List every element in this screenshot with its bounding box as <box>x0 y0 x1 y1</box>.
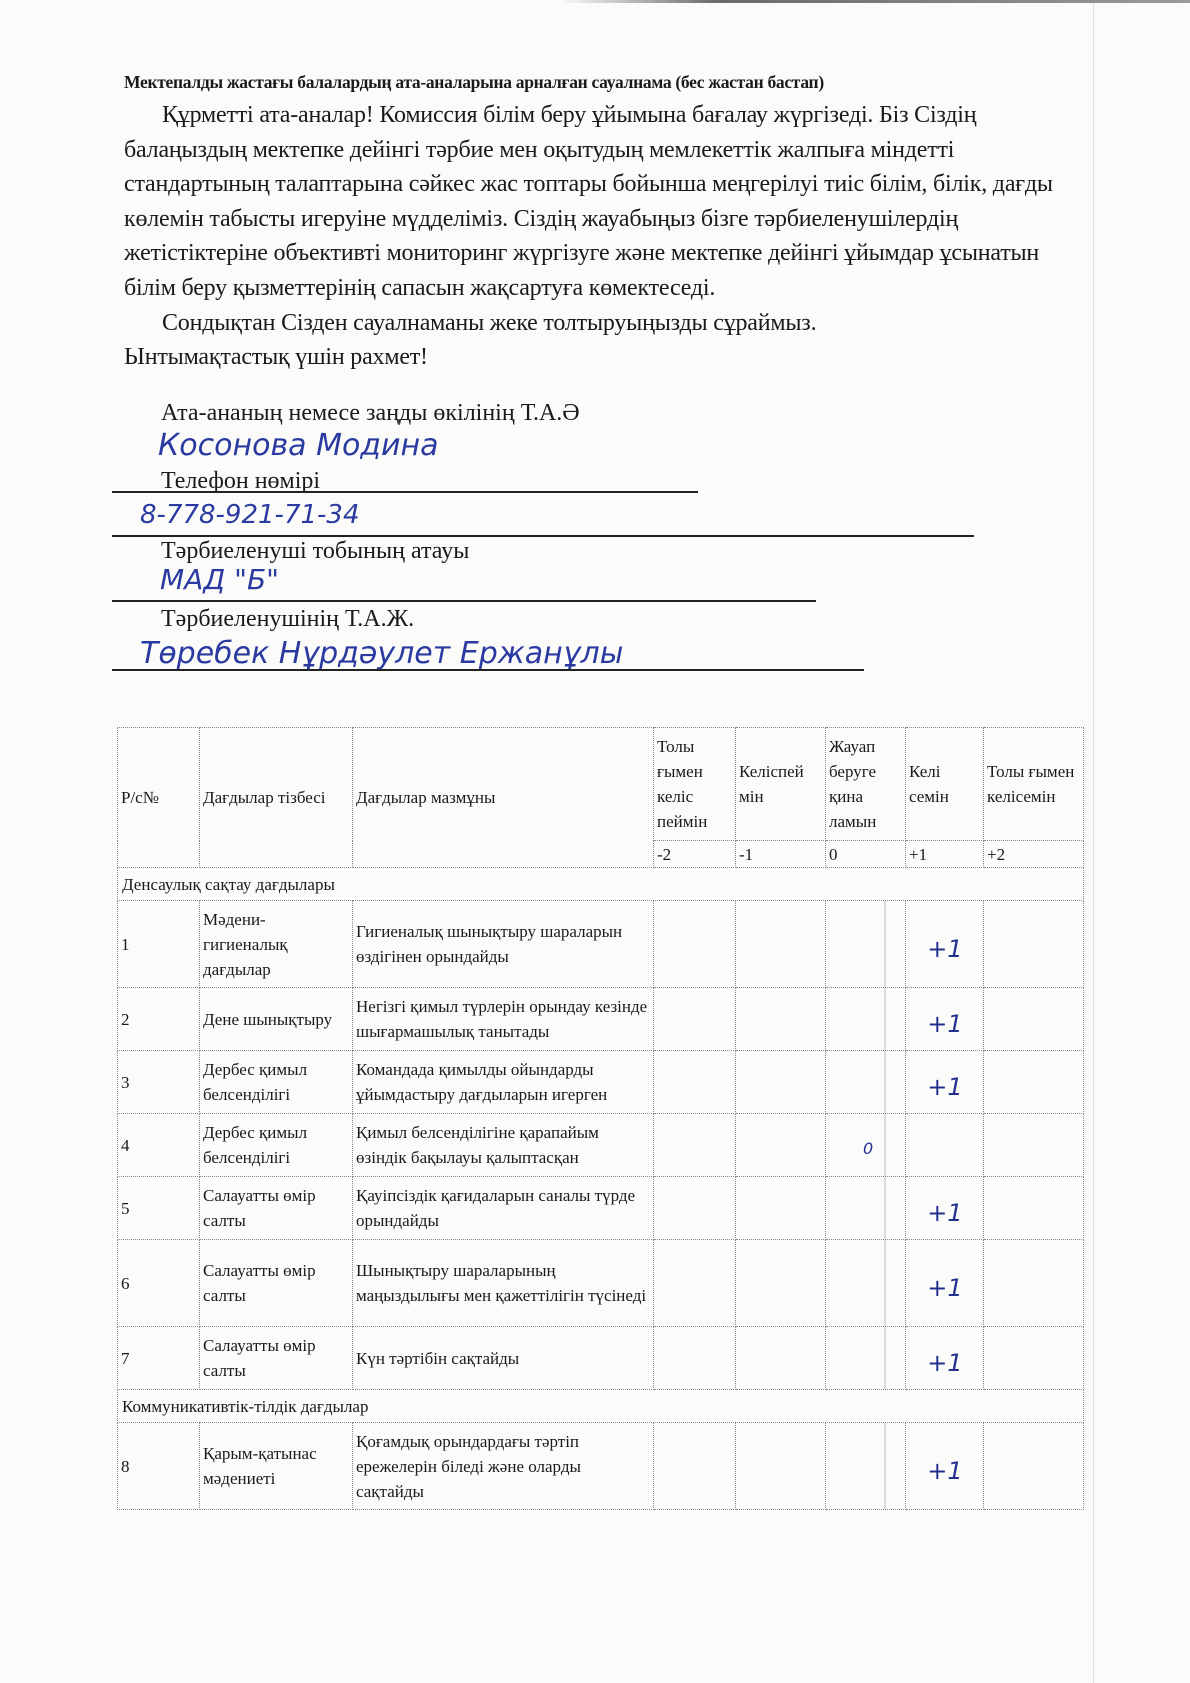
page-fold-line <box>1093 0 1094 1683</box>
skill-name: Мәдени-гигиеналық дағдылар <box>200 901 353 988</box>
intro-text: Құрметті ата-аналар! Комиссия білім беру… <box>124 98 1084 375</box>
header-num: Р/с№ <box>118 728 200 868</box>
rating-cell-plus2[interactable] <box>984 901 1084 988</box>
rating-cell-0[interactable] <box>826 988 906 1051</box>
rating-cell-0[interactable] <box>826 1177 906 1240</box>
parent-name-label: Ата-ананың немесе заңды өкілінің Т.А.Ә <box>161 400 580 427</box>
skill-name: Дербес қимыл белсенділігі <box>200 1114 353 1177</box>
rating-cell-plus1[interactable]: +1 <box>906 988 984 1051</box>
rating-cell-plus1[interactable]: +1 <box>906 1051 984 1114</box>
document-title: Мектепалды жастағы балалардың ата-аналар… <box>124 72 1084 93</box>
header-rating-0: Жауап беруге қина ламын <box>826 728 906 841</box>
skill-content: Қауіпсіздік қағидаларын саналы түрде оры… <box>353 1177 654 1240</box>
handwritten-answer-mark: +1 <box>909 927 981 962</box>
score-minus2: -2 <box>654 841 736 868</box>
skill-content: Қоғамдық орындардағы тәртіп ережелерін б… <box>353 1423 654 1510</box>
score-minus1: -1 <box>736 841 826 868</box>
rating-cell-0[interactable] <box>826 1240 906 1327</box>
phone-value[interactable]: 8-778-921-71-34 <box>140 500 360 530</box>
rating-cell-plus1[interactable]: +1 <box>906 901 984 988</box>
skill-content: Командада қимылды ойындарды ұйымдастыру … <box>353 1051 654 1114</box>
rating-cell-plus1[interactable] <box>906 1114 984 1177</box>
parent-name-value[interactable]: Косонова Модина <box>158 428 439 463</box>
handwritten-answer-mark: +1 <box>909 1341 981 1376</box>
table-row: 8Қарым-қатынас мәдениетіҚоғамдық орындар… <box>118 1423 1084 1510</box>
row-number: 1 <box>118 901 200 988</box>
rating-cell-plus2[interactable] <box>984 988 1084 1051</box>
row-number: 7 <box>118 1327 200 1390</box>
rating-cell-minus2[interactable] <box>654 901 736 988</box>
rating-cell-0[interactable] <box>826 1327 906 1390</box>
rating-cell-plus1[interactable]: +1 <box>906 1240 984 1327</box>
row-number: 8 <box>118 1423 200 1510</box>
intro-paragraph-1: Құрметті ата-аналар! Комиссия білім беру… <box>124 98 1084 306</box>
group-label: Тәрбиеленуші тобының атауы <box>161 538 469 565</box>
skill-name: Салауатты өмір салты <box>200 1240 353 1327</box>
rating-cell-plus1[interactable]: +1 <box>906 1327 984 1390</box>
table-row: 4Дербес қимыл белсенділігіҚимыл белсенді… <box>118 1114 1084 1177</box>
section-row: Коммуникативтік-тілдік дағдылар <box>118 1390 1084 1423</box>
table-row: 1Мәдени-гигиеналық дағдыларГигиеналық шы… <box>118 901 1084 988</box>
rating-cell-minus2[interactable] <box>654 1051 736 1114</box>
rating-cell-minus1[interactable] <box>736 1240 826 1327</box>
handwritten-answer-mark: +1 <box>909 1191 981 1226</box>
rating-cell-minus2[interactable] <box>654 1327 736 1390</box>
handwritten-answer-mark: 0 <box>829 1130 903 1161</box>
rating-cell-minus1[interactable] <box>736 1177 826 1240</box>
rating-cell-0[interactable] <box>826 1051 906 1114</box>
rating-cell-minus2[interactable] <box>654 1114 736 1177</box>
row-number: 4 <box>118 1114 200 1177</box>
group-line <box>112 600 816 602</box>
rating-cell-plus2[interactable] <box>984 1051 1084 1114</box>
rating-cell-plus2[interactable] <box>984 1327 1084 1390</box>
section-title: Коммуникативтік-тілдік дағдылар <box>118 1390 1084 1423</box>
score-plus2: +2 <box>984 841 1084 868</box>
rating-cell-minus2[interactable] <box>654 1423 736 1510</box>
rating-cell-plus2[interactable] <box>984 1423 1084 1510</box>
handwritten-answer-mark: +1 <box>909 1065 981 1100</box>
skill-content: Негізгі қимыл түрлерін орындау кезінде ш… <box>353 988 654 1051</box>
table-row: 5Салауатты өмір салтыҚауіпсіздік қағидал… <box>118 1177 1084 1240</box>
skill-name: Салауатты өмір салты <box>200 1327 353 1390</box>
handwritten-answer-mark: +1 <box>909 1002 981 1037</box>
header-skill-list: Дағдылар тізбесі <box>200 728 353 868</box>
rating-cell-minus1[interactable] <box>736 901 826 988</box>
row-number: 6 <box>118 1240 200 1327</box>
table-row: 2Дене шынықтыруНегізгі қимыл түрлерін ор… <box>118 988 1084 1051</box>
score-plus1: +1 <box>906 841 984 868</box>
questionnaire-table: Р/с№ Дағдылар тізбесі Дағдылар мазмұны Т… <box>117 727 1084 1510</box>
header-skill-content: Дағдылар мазмұны <box>353 728 654 868</box>
header-rating-minus1: Келіспей мін <box>736 728 826 841</box>
rating-cell-0[interactable] <box>826 901 906 988</box>
child-name-label: Тәрбиеленушінің Т.А.Ж. <box>161 606 414 633</box>
phone-line <box>112 535 974 537</box>
skill-name: Салауатты өмір салты <box>200 1177 353 1240</box>
child-name-value[interactable]: Төребек Нұрдәулет Ержанұлы <box>140 636 623 671</box>
rating-cell-minus1[interactable] <box>736 1327 826 1390</box>
table-row: 7Салауатты өмір салтыКүн тәртібін сақтай… <box>118 1327 1084 1390</box>
row-number: 3 <box>118 1051 200 1114</box>
header-rating-plus1: Келі семін <box>906 728 984 841</box>
scan-edge <box>560 0 1190 3</box>
skill-name: Дене шынықтыру <box>200 988 353 1051</box>
section-row: Денсаулық сақтау дағдылары <box>118 868 1084 901</box>
skill-content: Шынықтыру шараларының маңыздылығы мен қа… <box>353 1240 654 1327</box>
skill-content: Күн тәртібін сақтайды <box>353 1327 654 1390</box>
rating-cell-plus1[interactable]: +1 <box>906 1177 984 1240</box>
child-name-line <box>112 669 864 671</box>
handwritten-answer-mark: +1 <box>909 1266 981 1301</box>
table-body: Денсаулық сақтау дағдылары1Мәдени-гигиен… <box>118 868 1084 1510</box>
section-title: Денсаулық сақтау дағдылары <box>118 868 1084 901</box>
intro-paragraph-2: Сондықтан Сізден сауалнаманы жеке толтыр… <box>124 306 1084 341</box>
rating-cell-plus1[interactable]: +1 <box>906 1423 984 1510</box>
thanks-line: Ынтымақтастық үшін рахмет! <box>124 340 1084 375</box>
header-rating-plus2: Толы ғымен келісемін <box>984 728 1084 841</box>
group-value[interactable]: МАД "Б" <box>160 563 279 596</box>
handwritten-answer-mark: +1 <box>909 1449 981 1484</box>
header-rating-minus2: Толы ғымен келіс пеймін <box>654 728 736 841</box>
row-number: 2 <box>118 988 200 1051</box>
table-row: 6Салауатты өмір салтыШынықтыру шараларын… <box>118 1240 1084 1327</box>
rating-cell-minus1[interactable] <box>736 1423 826 1510</box>
rating-cell-minus1[interactable] <box>736 1051 826 1114</box>
rating-cell-minus1[interactable] <box>736 988 826 1051</box>
rating-cell-minus2[interactable] <box>654 988 736 1051</box>
skill-name: Қарым-қатынас мәдениеті <box>200 1423 353 1510</box>
rating-cell-plus2[interactable] <box>984 1177 1084 1240</box>
table-row: 3Дербес қимыл белсенділігіКомандада қимы… <box>118 1051 1084 1114</box>
rating-cell-minus2[interactable] <box>654 1240 736 1327</box>
skill-content: Қимыл белсенділігіне қарапайым өзіндік б… <box>353 1114 654 1177</box>
rating-cell-plus2[interactable] <box>984 1114 1084 1177</box>
score-0: 0 <box>826 841 906 868</box>
skill-name: Дербес қимыл белсенділігі <box>200 1051 353 1114</box>
phone-label: Телефон нөмірі <box>161 468 320 495</box>
skill-content: Гигиеналық шынықтыру шараларын өздігінен… <box>353 901 654 988</box>
rating-cell-0[interactable]: 0 <box>826 1114 906 1177</box>
rating-cell-minus1[interactable] <box>736 1114 826 1177</box>
row-number: 5 <box>118 1177 200 1240</box>
rating-cell-0[interactable] <box>826 1423 906 1510</box>
rating-cell-minus2[interactable] <box>654 1177 736 1240</box>
table-header-row: Р/с№ Дағдылар тізбесі Дағдылар мазмұны Т… <box>118 728 1084 841</box>
rating-cell-plus2[interactable] <box>984 1240 1084 1327</box>
